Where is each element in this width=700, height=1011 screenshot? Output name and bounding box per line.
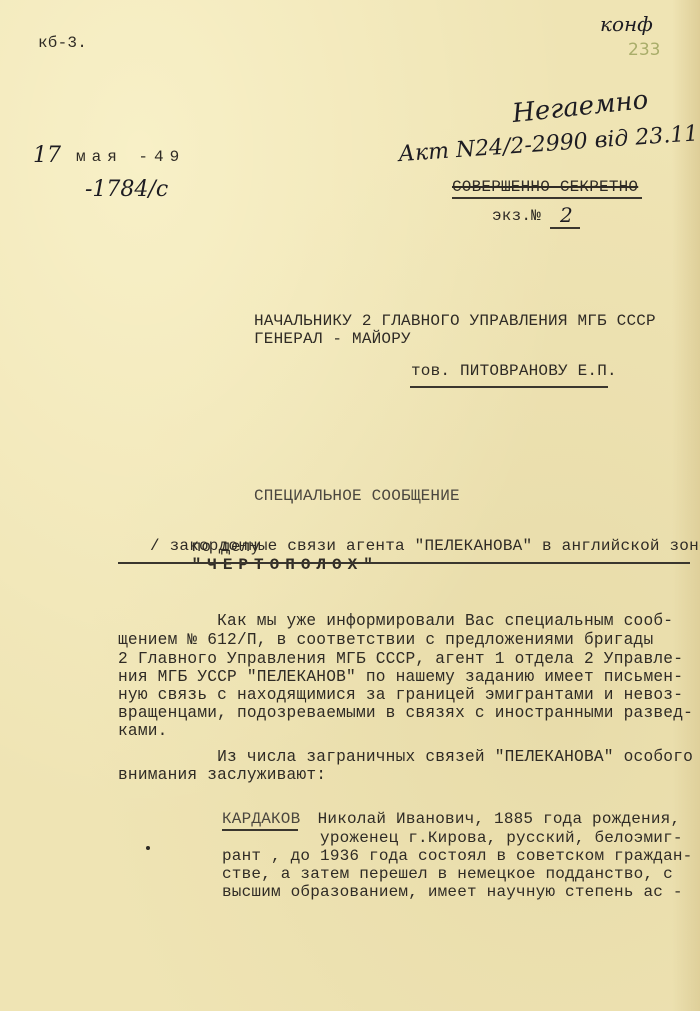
entry-line: Николай Иванович, 1885 года рождения, [298,810,680,828]
title-rule [118,562,690,564]
paragraph-2-line: Из числа заграничных связей "ПЕЛЕКАНОВА"… [118,748,693,767]
archive-page-number: 233 [628,40,660,60]
entry-line: рант , до 1936 года состоял в советском … [222,847,692,865]
entry-line: уроженец г.Кирова, русский, белоэмиг- [222,829,683,847]
handwritten-date-day: 17 [33,143,61,168]
document-heading: СПЕЦИАЛЬНОЕ СООБЩЕНИЕ [254,487,460,505]
handwritten-corner-note: конф [600,12,653,36]
paragraph-1-line: 2 Главного Управления МГБ СССР, агент 1 … [118,650,683,669]
document-subtitle: / закордонные связи агента "ПЕЛЕКАНОВА" … [150,537,700,555]
entry-line: высшим образованием, имеет научную степе… [222,883,683,901]
addressee-underline [410,386,608,388]
addressee-line-2: ГЕНЕРАЛ - МАЙОРУ [254,330,411,348]
handwritten-declassification-note: Негаемно [511,85,650,129]
classification-underline [452,197,642,199]
addressee-line-1: НАЧАЛЬНИКУ 2 ГЛАВНОГО УПРАВЛЕНИЯ МГБ ССС… [254,312,656,330]
paragraph-1-line: ную связь с находящимися за границей эми… [118,686,683,705]
entry-line: стве, а затем перешел в немецкое подданс… [222,865,673,883]
stray-ink-dot [146,846,150,850]
addressee-name: тов. ПИТОВРАНОВУ Е.П. [411,362,617,380]
handwritten-outgoing-number: -1784/с [85,177,168,202]
entry-surname: КАРДАКОВ [222,810,300,828]
copy-number: 2 [560,203,573,227]
copy-number-underline [550,227,580,229]
paragraph-1-line: ками. [118,722,168,741]
paragraph-1-line: вращенцами, подозреваемыми в связях с ин… [118,704,693,723]
document-reference-code: кб-3. [38,34,87,52]
case-name: "ЧЕРТОПОЛОХ" [192,556,379,574]
typed-date-month-year: мая -49 [76,148,185,166]
paragraph-1-line: ния МГБ УССР "ПЕЛЕКАНОВ" по нашему задан… [118,668,683,687]
copy-label: экз.№ [492,207,541,225]
paragraph-1-line: щением № 612/П, в соответствии с предлож… [118,631,653,650]
paragraph-2-line: внимания заслуживают: [118,766,326,785]
paragraph-1-line: Как мы уже информировали Вас специальным… [118,612,673,631]
struck-classification-stamp: СОВЕРШЕННО СЕКРЕТНО [452,178,638,196]
